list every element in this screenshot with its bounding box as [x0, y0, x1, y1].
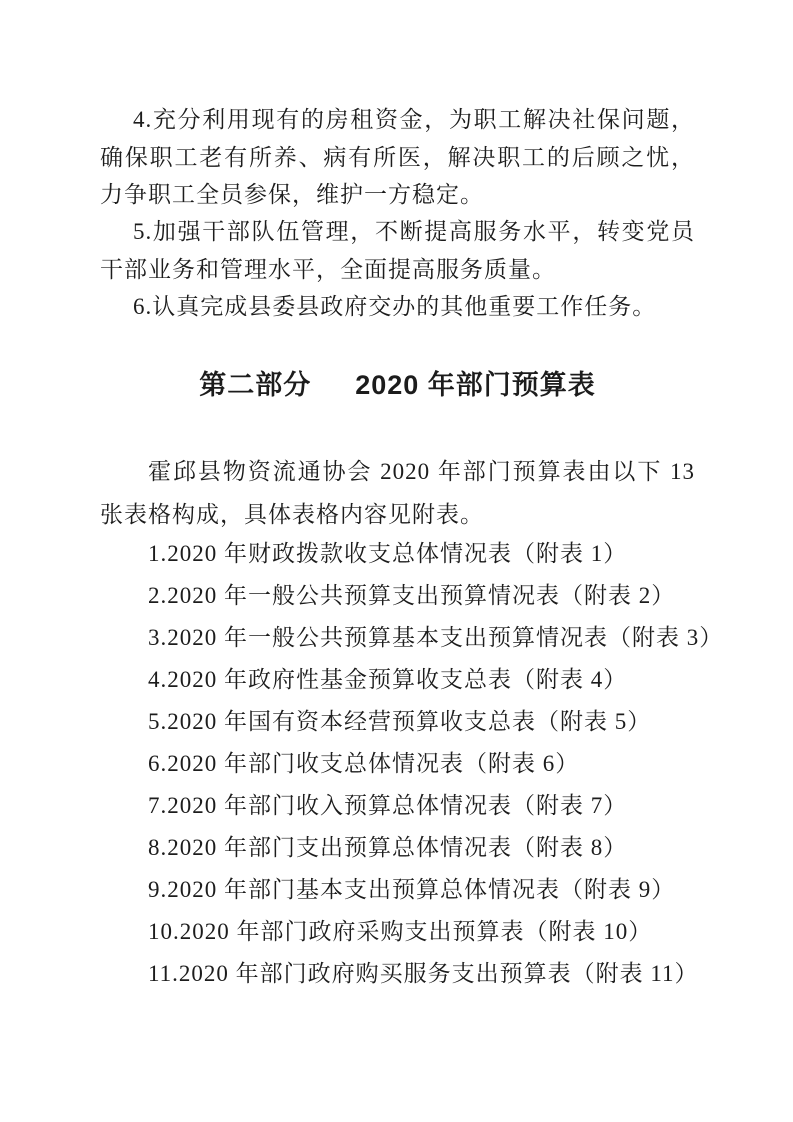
list-item-table-7: 7.2020 年部门收入预算总体情况表（附表 7）: [100, 785, 695, 827]
task-paragraph-5: 5.加强干部队伍管理，不断提高服务水平，转变党员干部业务和管理水平，全面提高服务…: [100, 213, 695, 288]
list-item-table-10: 10.2020 年部门政府采购支出预算表（附表 10）: [100, 911, 695, 953]
list-item-table-11: 11.2020 年部门政府购买服务支出预算表（附表 11）: [100, 953, 695, 995]
list-item-table-8: 8.2020 年部门支出预算总体情况表（附表 8）: [100, 827, 695, 869]
list-item-table-5: 5.2020 年国有资本经营预算收支总表（附表 5）: [100, 701, 695, 743]
list-item-table-9: 9.2020 年部门基本支出预算总体情况表（附表 9）: [100, 869, 695, 911]
intro-paragraph: 霍邱县物资流通协会 2020 年部门预算表由以下 13 张表格构成，具体表格内容…: [100, 450, 695, 536]
section-heading-part: 第二部分: [199, 370, 311, 400]
list-item-table-4: 4.2020 年政府性基金预算收支总表（附表 4）: [100, 659, 695, 701]
section-heading-title: 2020 年部门预算表: [355, 370, 596, 400]
section-heading: 第二部分2020 年部门预算表: [100, 368, 695, 402]
list-item-table-1: 1.2020 年财政拨款收支总体情况表（附表 1）: [100, 533, 695, 575]
document-page: 4.充分利用现有的房租资金，为职工解决社保问题，确保职工老有所养、病有所医，解决…: [0, 0, 793, 1122]
budget-table-list: 1.2020 年财政拨款收支总体情况表（附表 1） 2.2020 年一般公共预算…: [100, 533, 695, 995]
list-item-table-6: 6.2020 年部门收支总体情况表（附表 6）: [100, 743, 695, 785]
task-paragraph-4: 4.充分利用现有的房租资金，为职工解决社保问题，确保职工老有所养、病有所医，解决…: [100, 101, 695, 214]
list-item-table-2: 2.2020 年一般公共预算支出预算情况表（附表 2）: [100, 575, 695, 617]
task-paragraph-6: 6.认真完成县委县政府交办的其他重要工作任务。: [100, 288, 695, 326]
list-item-table-3: 3.2020 年一般公共预算基本支出预算情况表（附表 3）: [100, 617, 695, 659]
